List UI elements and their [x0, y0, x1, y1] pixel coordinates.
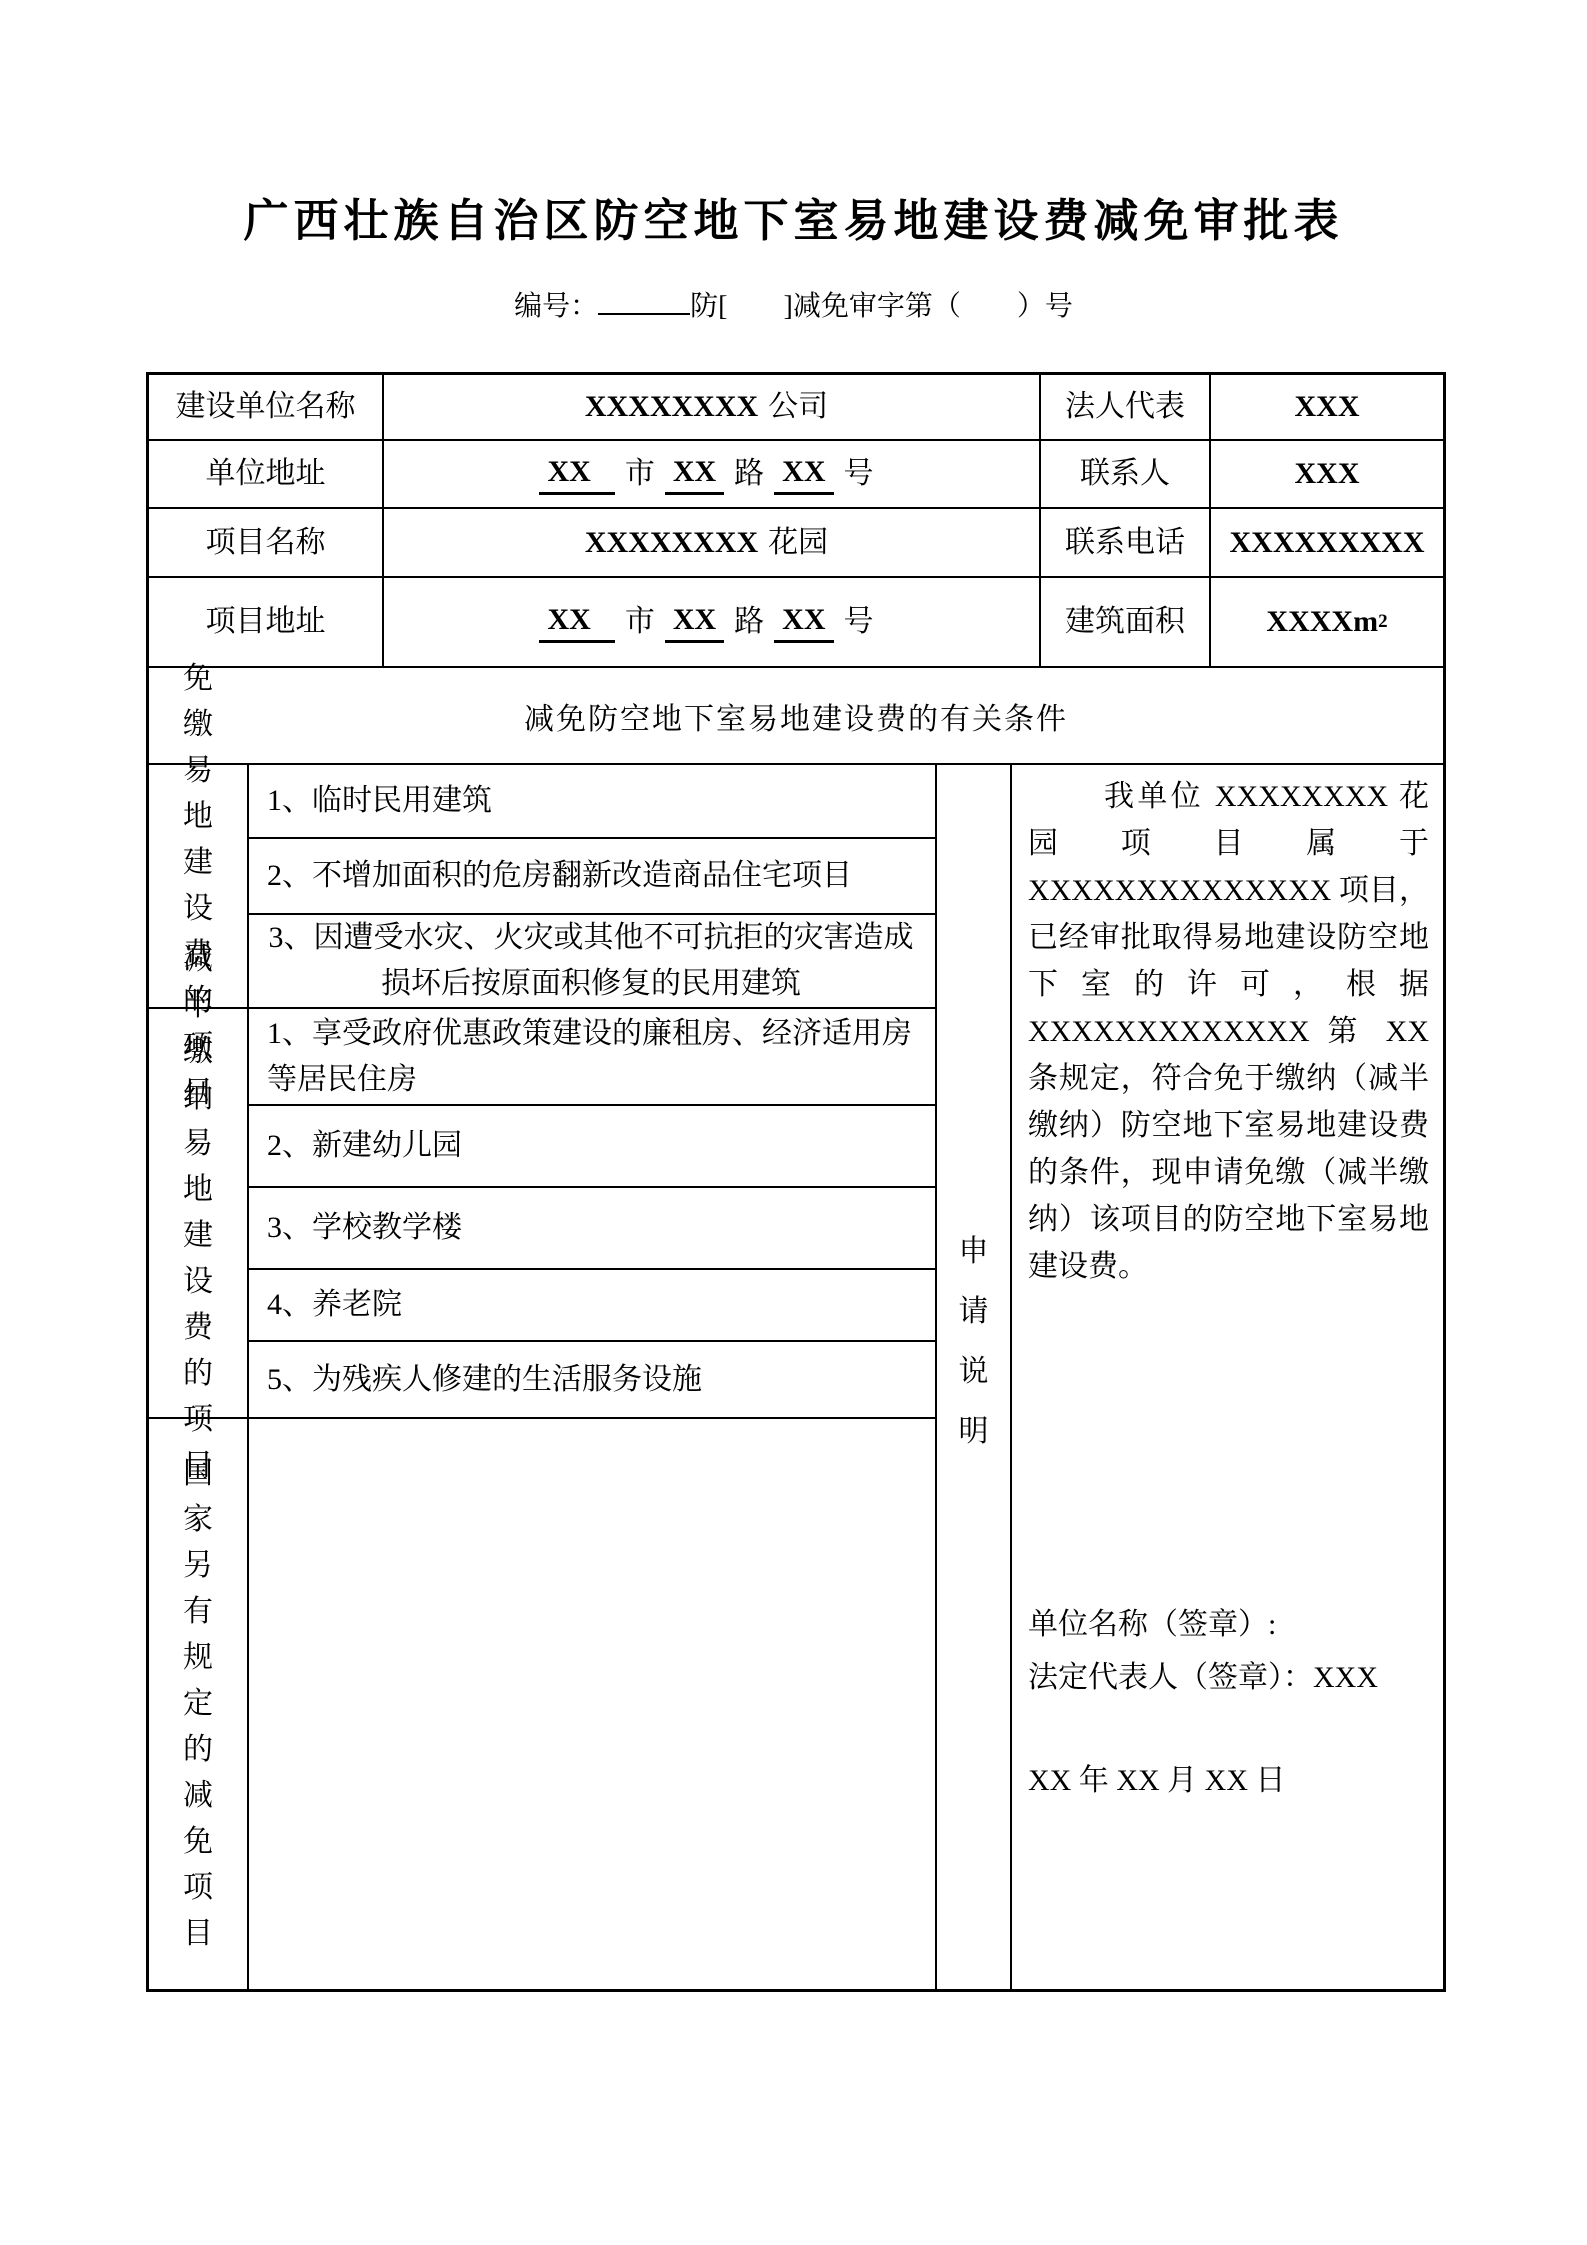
conditions-left-columns: 免缴 易地 建设 费的 项目 1、临时民用建筑 2、不增加面积的危房翻新改造商品… — [149, 765, 937, 1989]
phone-label: 联系电话 — [1041, 509, 1211, 578]
exempt-item-1: 1、临时民用建筑 — [249, 765, 935, 837]
contact-value: XXX — [1211, 441, 1443, 509]
unit-address-number-blank: XX — [774, 454, 833, 495]
half-item-4: 4、养老院 — [249, 1268, 935, 1340]
approval-form-table: 建设单位名称 XXXXXXXX公司 法人代表 XXX 单位地址 XX市XX路XX… — [146, 372, 1446, 1992]
project-address-city-blank: XX — [539, 602, 614, 643]
unit-address-label: 单位地址 — [149, 441, 384, 509]
area-value: XXXXm2 — [1211, 578, 1443, 668]
approval-form-page: 广西壮族自治区防空地下室易地建设费减免审批表 编号：防[ ]减免审字第（ ）号 … — [0, 0, 1587, 2245]
section-half-payment: 减半 缴纳 易地 建设 费的 项目 1、享受政府优惠政策建设的廉租房、经济适用房… — [149, 1007, 935, 1417]
conditions-main-area: 免缴 易地 建设 费的 项目 1、临时民用建筑 2、不增加面积的危房翻新改造商品… — [149, 765, 1443, 1989]
unit-name-label: 建设单位名称 — [149, 375, 384, 441]
exempt-item-2: 2、不增加面积的危房翻新改造商品住宅项目 — [249, 837, 935, 913]
project-name-label: 项目名称 — [149, 509, 384, 578]
phone-value: XXXXXXXXX — [1211, 509, 1443, 578]
half-item-1: 1、享受政府优惠政策建设的廉租房、经济适用房等居民住房 — [249, 1009, 935, 1104]
project-address-number-word: 号 — [844, 604, 874, 640]
signature-block: 单位名称（签章）: 法定代表人（签章）：XXX XX 年 XX 月 XX 日 — [1028, 1598, 1429, 1807]
project-name-suffix: 花园 — [768, 525, 828, 561]
section-half-header-cell: 减半 缴纳 易地 建设 费的 项目 — [149, 1009, 249, 1417]
application-label-column: 申 请 说 明 — [937, 765, 1012, 1989]
unit-name-placeholder: XXXXXXXX — [585, 389, 758, 425]
project-address-number-blank: XX — [774, 602, 833, 643]
project-address-value: XX市XX路XX号 — [384, 578, 1041, 668]
section-other-header: 国家 另有 规定 的减 免项 目 — [149, 1451, 247, 1957]
conditions-title-row: 减免防空地下室易地建设费的有关条件 — [149, 668, 1443, 765]
legal-rep-label: 法人代表 — [1041, 375, 1211, 441]
project-address-road-blank: XX — [665, 602, 724, 643]
project-address-road-word: 路 — [734, 604, 764, 640]
unit-address-road-word: 路 — [734, 456, 764, 492]
serial-number-line: 编号：防[ ]减免审字第（ ）号 — [0, 284, 1587, 324]
unit-address-city-word: 市 — [625, 456, 655, 492]
area-label: 建筑面积 — [1041, 578, 1211, 668]
half-item-2: 2、新建幼儿园 — [249, 1104, 935, 1186]
section-other-empty-cell — [249, 1419, 935, 1989]
section-half-header: 减半 缴纳 易地 建设 费的 项目 — [149, 937, 247, 1489]
basic-info-grid: 建设单位名称 XXXXXXXX公司 法人代表 XXX 单位地址 XX市XX路XX… — [149, 375, 1443, 668]
half-item-5: 5、为残疾人修建的生活服务设施 — [249, 1340, 935, 1417]
signature-unit-line: 单位名称（签章）: — [1028, 1598, 1429, 1651]
section-exempt-items: 1、临时民用建筑 2、不增加面积的危房翻新改造商品住宅项目 3、因遭受水灾、火灾… — [249, 765, 935, 1007]
section-other-regulations: 国家 另有 规定 的减 免项 目 — [149, 1417, 935, 1989]
section-half-items: 1、享受政府优惠政策建设的廉租房、经济适用房等居民住房 2、新建幼儿园 3、学校… — [249, 1009, 935, 1417]
unit-address-value: XX市XX路XX号 — [384, 441, 1041, 509]
unit-address-city-blank: XX — [539, 454, 614, 495]
unit-name-suffix: 公司 — [768, 389, 828, 425]
section-other-header-cell: 国家 另有 规定 的减 免项 目 — [149, 1419, 249, 1989]
serial-suffix: 防[ ]减免审字第（ ）号 — [690, 291, 1073, 322]
signature-date-line: XX 年 XX 月 XX 日 — [1028, 1754, 1429, 1807]
application-label: 申 请 说 明 — [959, 1222, 989, 1462]
project-name-placeholder: XXXXXXXX — [585, 525, 758, 561]
legal-rep-value: XXX — [1211, 375, 1443, 441]
section-exempt: 免缴 易地 建设 费的 项目 1、临时民用建筑 2、不增加面积的危房翻新改造商品… — [149, 765, 935, 1007]
unit-address-road-blank: XX — [665, 454, 724, 495]
project-address-city-word: 市 — [625, 604, 655, 640]
unit-address-number-word: 号 — [844, 456, 874, 492]
half-item-3: 3、学校教学楼 — [249, 1186, 935, 1268]
section-other-items — [249, 1419, 935, 1989]
unit-name-value: XXXXXXXX公司 — [384, 375, 1041, 441]
document-title: 广西壮族自治区防空地下室易地建设费减免审批表 — [0, 184, 1587, 249]
application-content-column: 我单位 XXXXXXXX 花园项目属于 XXXXXXXXXXXXXX 项目，已经… — [1012, 765, 1443, 1989]
serial-blank-underline — [598, 287, 690, 315]
application-statement: 我单位 XXXXXXXX 花园项目属于 XXXXXXXXXXXXXX 项目，已经… — [1028, 773, 1429, 1290]
project-address-label: 项目地址 — [149, 578, 384, 668]
serial-prefix: 编号： — [514, 291, 598, 322]
area-placeholder: XXXXm — [1266, 604, 1378, 640]
project-name-value: XXXXXXXX花园 — [384, 509, 1041, 578]
exempt-item-3: 3、因遭受水灾、火灾或其他不可抗拒的灾害造成损坏后按原面积修复的民用建筑 — [249, 913, 935, 1007]
signature-rep-line: 法定代表人（签章）：XXX — [1028, 1651, 1429, 1704]
contact-label: 联系人 — [1041, 441, 1211, 509]
